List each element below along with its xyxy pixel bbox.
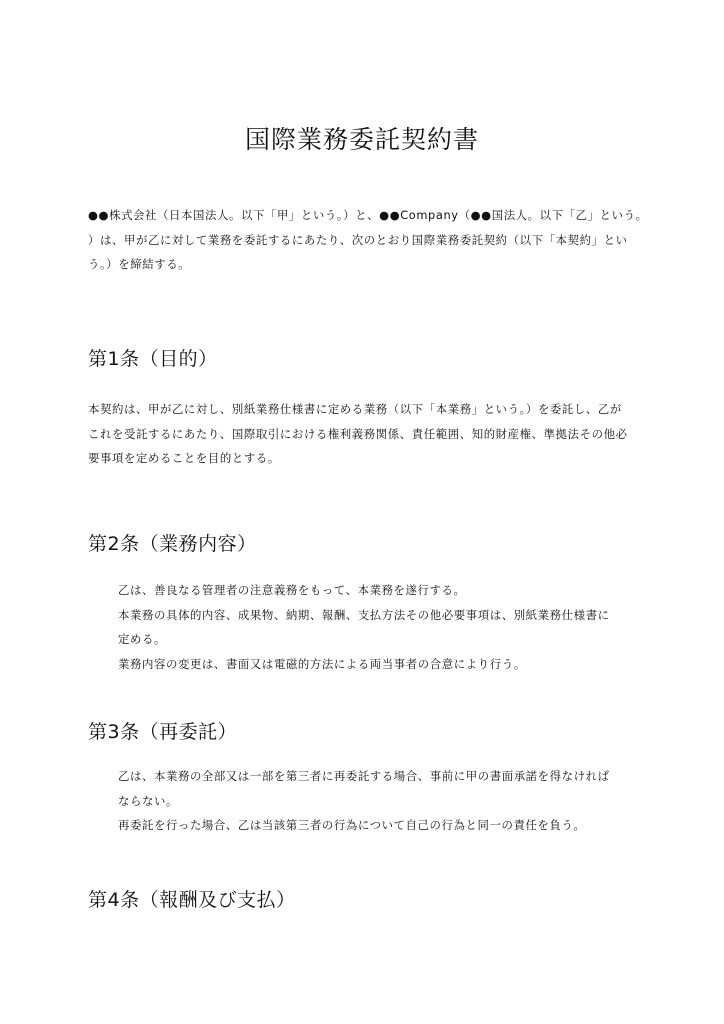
article-1-heading: 第1条（目的）	[88, 345, 218, 373]
article-3-line: ならない。	[118, 789, 648, 814]
article-4-heading: 第4条（報酬及び支払）	[88, 886, 296, 914]
preamble-line: う。）を締結する。	[88, 252, 648, 277]
preamble-paragraph: ●●株式会社（日本国法人。以下「甲」という。）と、●●Company（●●国法人…	[88, 203, 648, 277]
article-2-line: 定める。	[118, 627, 648, 652]
article-2-body: 乙は、善良なる管理者の注意義務をもって、本業務を遂行する。 本業務の具体的内容、…	[118, 578, 648, 676]
document-page: 国際業務委託契約書 ●●株式会社（日本国法人。以下「甲」という。）と、●●Com…	[0, 0, 724, 1024]
article-1-line: 要事項を定めることを目的とする。	[88, 446, 648, 471]
preamble-line: ●●株式会社（日本国法人。以下「甲」という。）と、●●Company（●●国法人…	[88, 203, 648, 228]
article-3-line: 再委託を行った場合、乙は当該第三者の行為について自己の行為と同一の責任を負う。	[118, 813, 648, 838]
article-1-line: これを受託するにあたり、国際取引における権利義務関係、責任範囲、知的財産権、準拠…	[88, 422, 648, 447]
article-1-line: 本契約は、甲が乙に対し、別紙業務仕様書に定める業務（以下「本業務」という。）を委…	[88, 397, 648, 422]
article-3-heading: 第3条（再委託）	[88, 718, 237, 746]
article-2-line: 乙は、善良なる管理者の注意義務をもって、本業務を遂行する。	[118, 578, 648, 603]
preamble-line: ）は、甲が乙に対して業務を委託するにあたり、次のとおり国際業務委託契約（以下「本…	[88, 228, 648, 253]
article-2-line: 業務内容の変更は、書面又は電磁的方法による両当事者の合意により行う。	[118, 652, 648, 677]
article-3-line: 乙は、本業務の全部又は一部を第三者に再委託する場合、事前に甲の書面承諾を得なけれ…	[118, 764, 648, 789]
article-1-body: 本契約は、甲が乙に対し、別紙業務仕様書に定める業務（以下「本業務」という。）を委…	[88, 397, 648, 471]
article-2-heading: 第2条（業務内容）	[88, 530, 257, 558]
document-title: 国際業務委託契約書	[0, 122, 724, 158]
article-2-line: 本業務の具体的内容、成果物、納期、報酬、支払方法その他必要事項は、別紙業務仕様書…	[118, 603, 648, 628]
article-3-body: 乙は、本業務の全部又は一部を第三者に再委託する場合、事前に甲の書面承諾を得なけれ…	[118, 764, 648, 838]
